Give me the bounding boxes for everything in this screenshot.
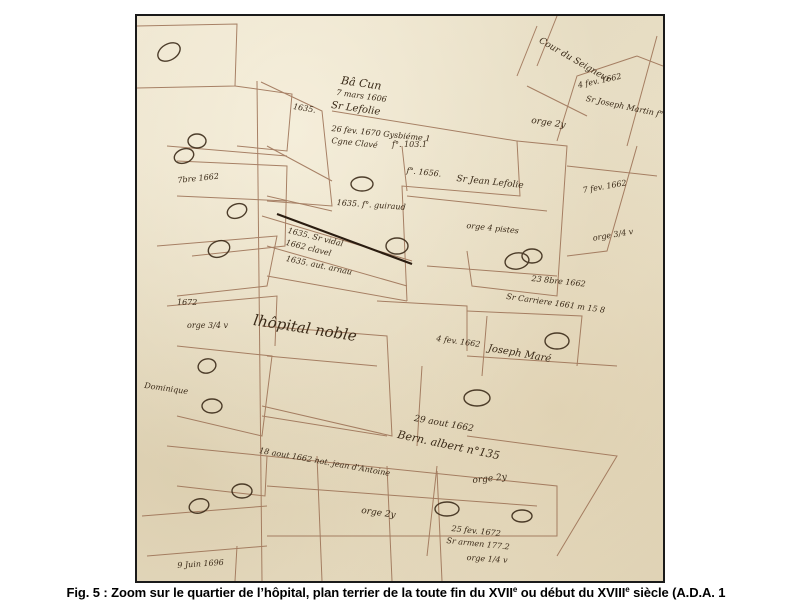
caption-text: siècle (A.D.A. 1 <box>630 585 726 600</box>
parcel-note: f°. 103.1 <box>392 140 427 149</box>
figure-caption: Fig. 5 : Zoom sur le quartier de l’hôpit… <box>0 585 792 600</box>
map-scan-figure: lhôpital noble Bâ Cun 7 mars 1606 Sr Lef… <box>135 14 665 583</box>
parcel-lines <box>137 16 663 581</box>
parcel-note: 1672 <box>177 298 197 307</box>
caption-text: Fig. 5 : Zoom sur le quartier de l’hôpit… <box>67 585 513 600</box>
parcel-note: orge 3/4 v <box>187 321 228 330</box>
caption-text: ou début du XVIII <box>517 585 625 600</box>
